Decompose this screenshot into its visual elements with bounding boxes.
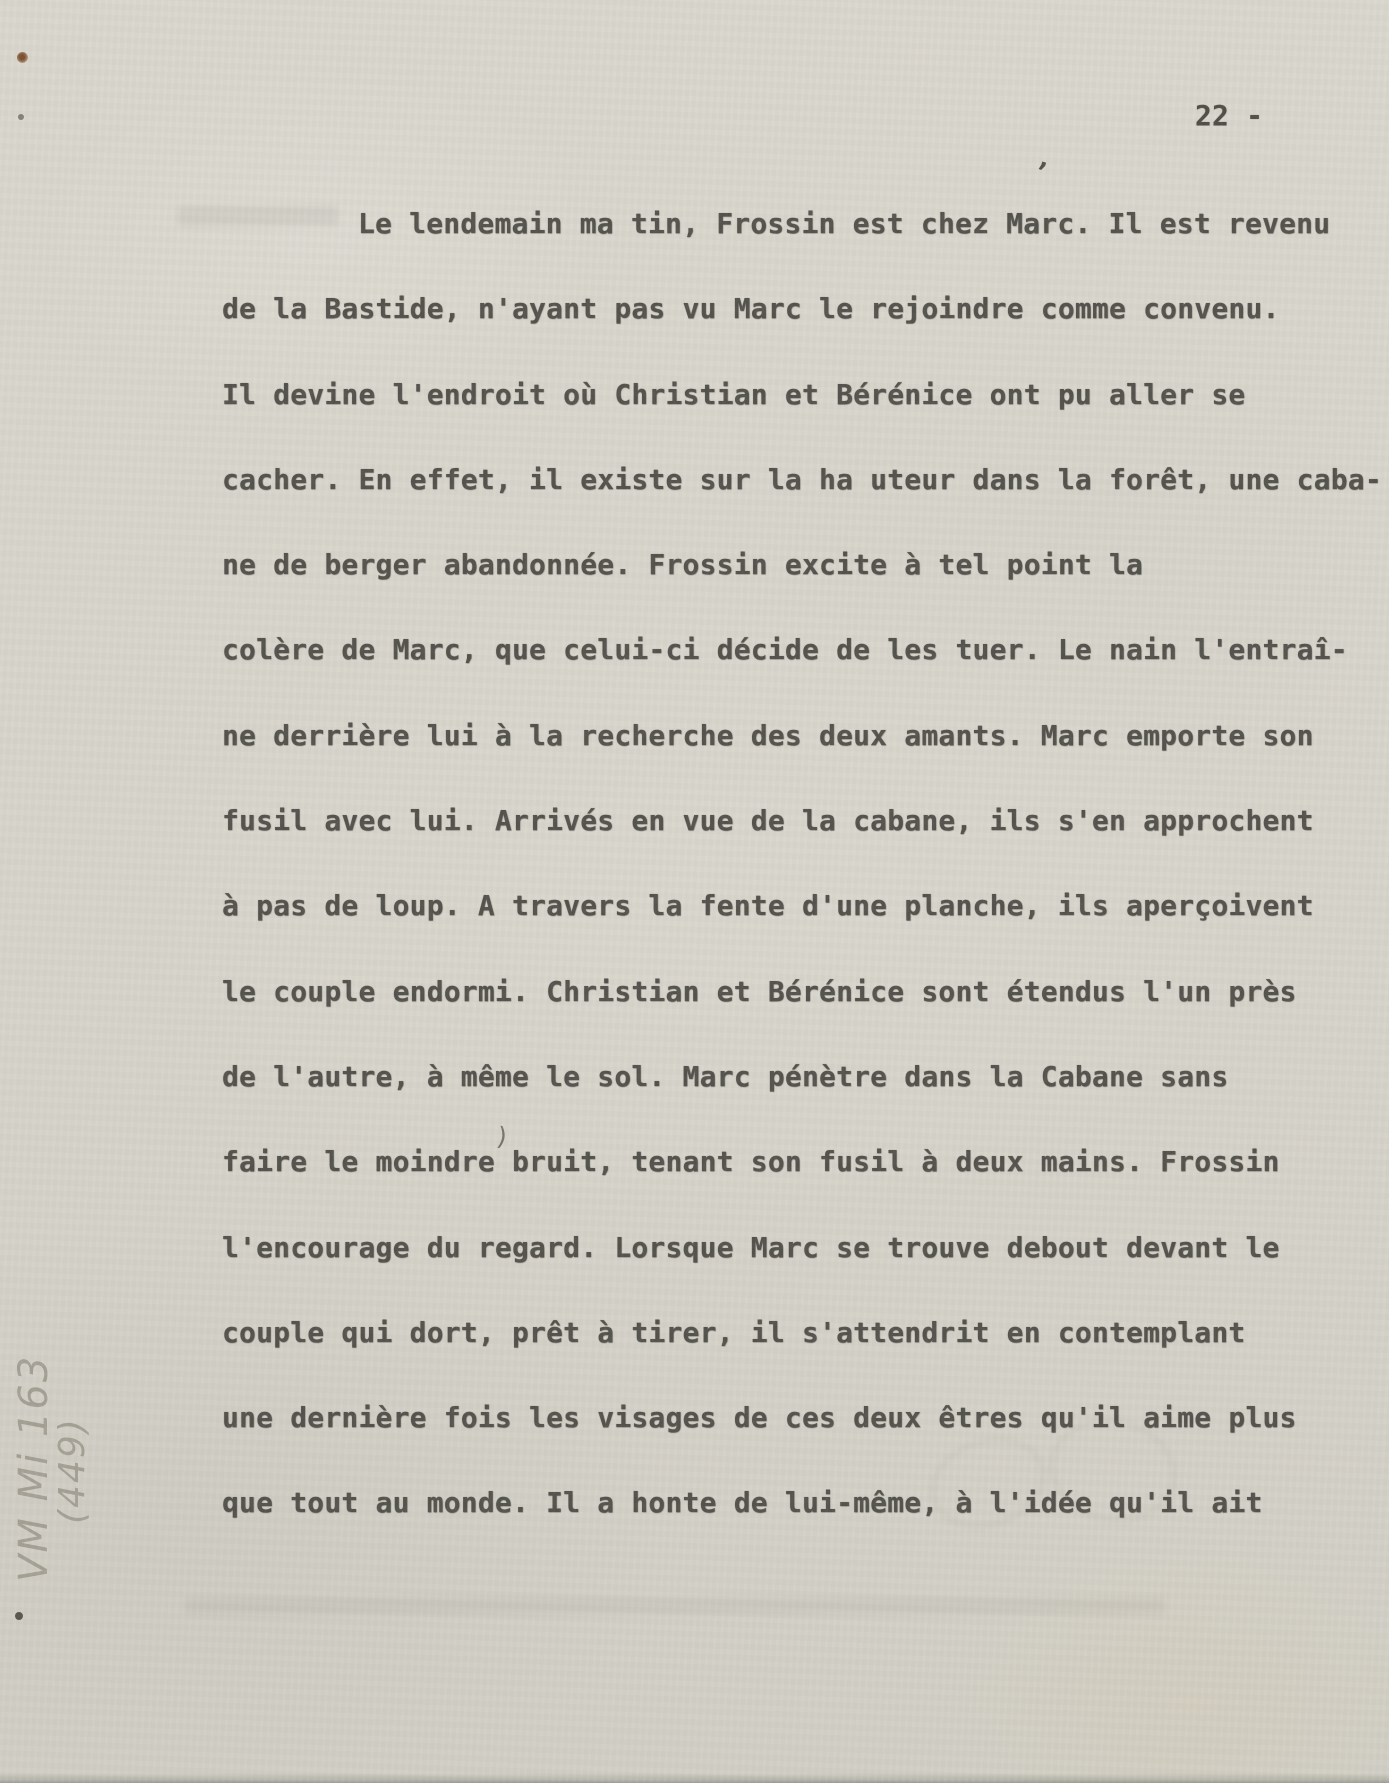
typewritten-line: que tout au monde. Il a honte de lui-mêm… xyxy=(222,1460,1389,1545)
typewritten-line: cacher. En effet, il existe sur la ha ut… xyxy=(222,437,1389,522)
typewritten-line: couple qui dort, prêt à tirer, il s'atte… xyxy=(222,1290,1389,1375)
typewritten-line: ne derrière lui à la recherche des deux … xyxy=(222,693,1389,778)
page-number: 22 - xyxy=(1195,102,1263,130)
paper-speck-bottom xyxy=(15,1612,23,1620)
typewritten-line: le couple endormi. Christian et Bérénice… xyxy=(222,949,1389,1034)
typewritten-line: de la Bastide, n'ayant pas vu Marc le re… xyxy=(222,266,1389,351)
typewritten-body: Le lendemain ma tin, Frossin est chez Ma… xyxy=(222,181,1389,1546)
bleed-through-ghost-bottom xyxy=(185,1598,1165,1614)
typewritten-line: colère de Marc, que celui-ci décide de l… xyxy=(222,607,1389,692)
typewritten-line: à pas de loup. A travers la fente d'une … xyxy=(222,863,1389,948)
handwritten-margin-note: VM Mi 163 (449) xyxy=(14,1367,98,1582)
typewritten-line: ne de berger abandonnée. Frossin excite … xyxy=(222,522,1389,607)
page-bottom-edge xyxy=(0,1773,1389,1783)
margin-note-line2: (449) xyxy=(54,1367,92,1524)
typewritten-line: Il devine l'endroit où Christian et Béré… xyxy=(222,352,1389,437)
paper-speck-dark xyxy=(18,114,24,120)
typewritten-line: faire le moindre bruit, tenant son fusil… xyxy=(222,1119,1389,1204)
typewritten-line: de l'autre, à même le sol. Marc pénètre … xyxy=(222,1034,1389,1119)
typewritten-line: Le lendemain ma tin, Frossin est chez Ma… xyxy=(222,181,1389,266)
paper-speck-brown xyxy=(17,52,28,63)
typewritten-line: fusil avec lui. Arrivés en vue de la cab… xyxy=(222,778,1389,863)
scanned-typescript-page: 22 - ’ Le lendemain ma tin, Frossin est … xyxy=(0,0,1389,1783)
margin-note-line1: VM Mi 163 xyxy=(14,1367,54,1582)
typewritten-line: une dernière fois les visages de ces deu… xyxy=(222,1375,1389,1460)
typewritten-line: l'encourage du regard. Lorsque Marc se t… xyxy=(222,1205,1389,1290)
